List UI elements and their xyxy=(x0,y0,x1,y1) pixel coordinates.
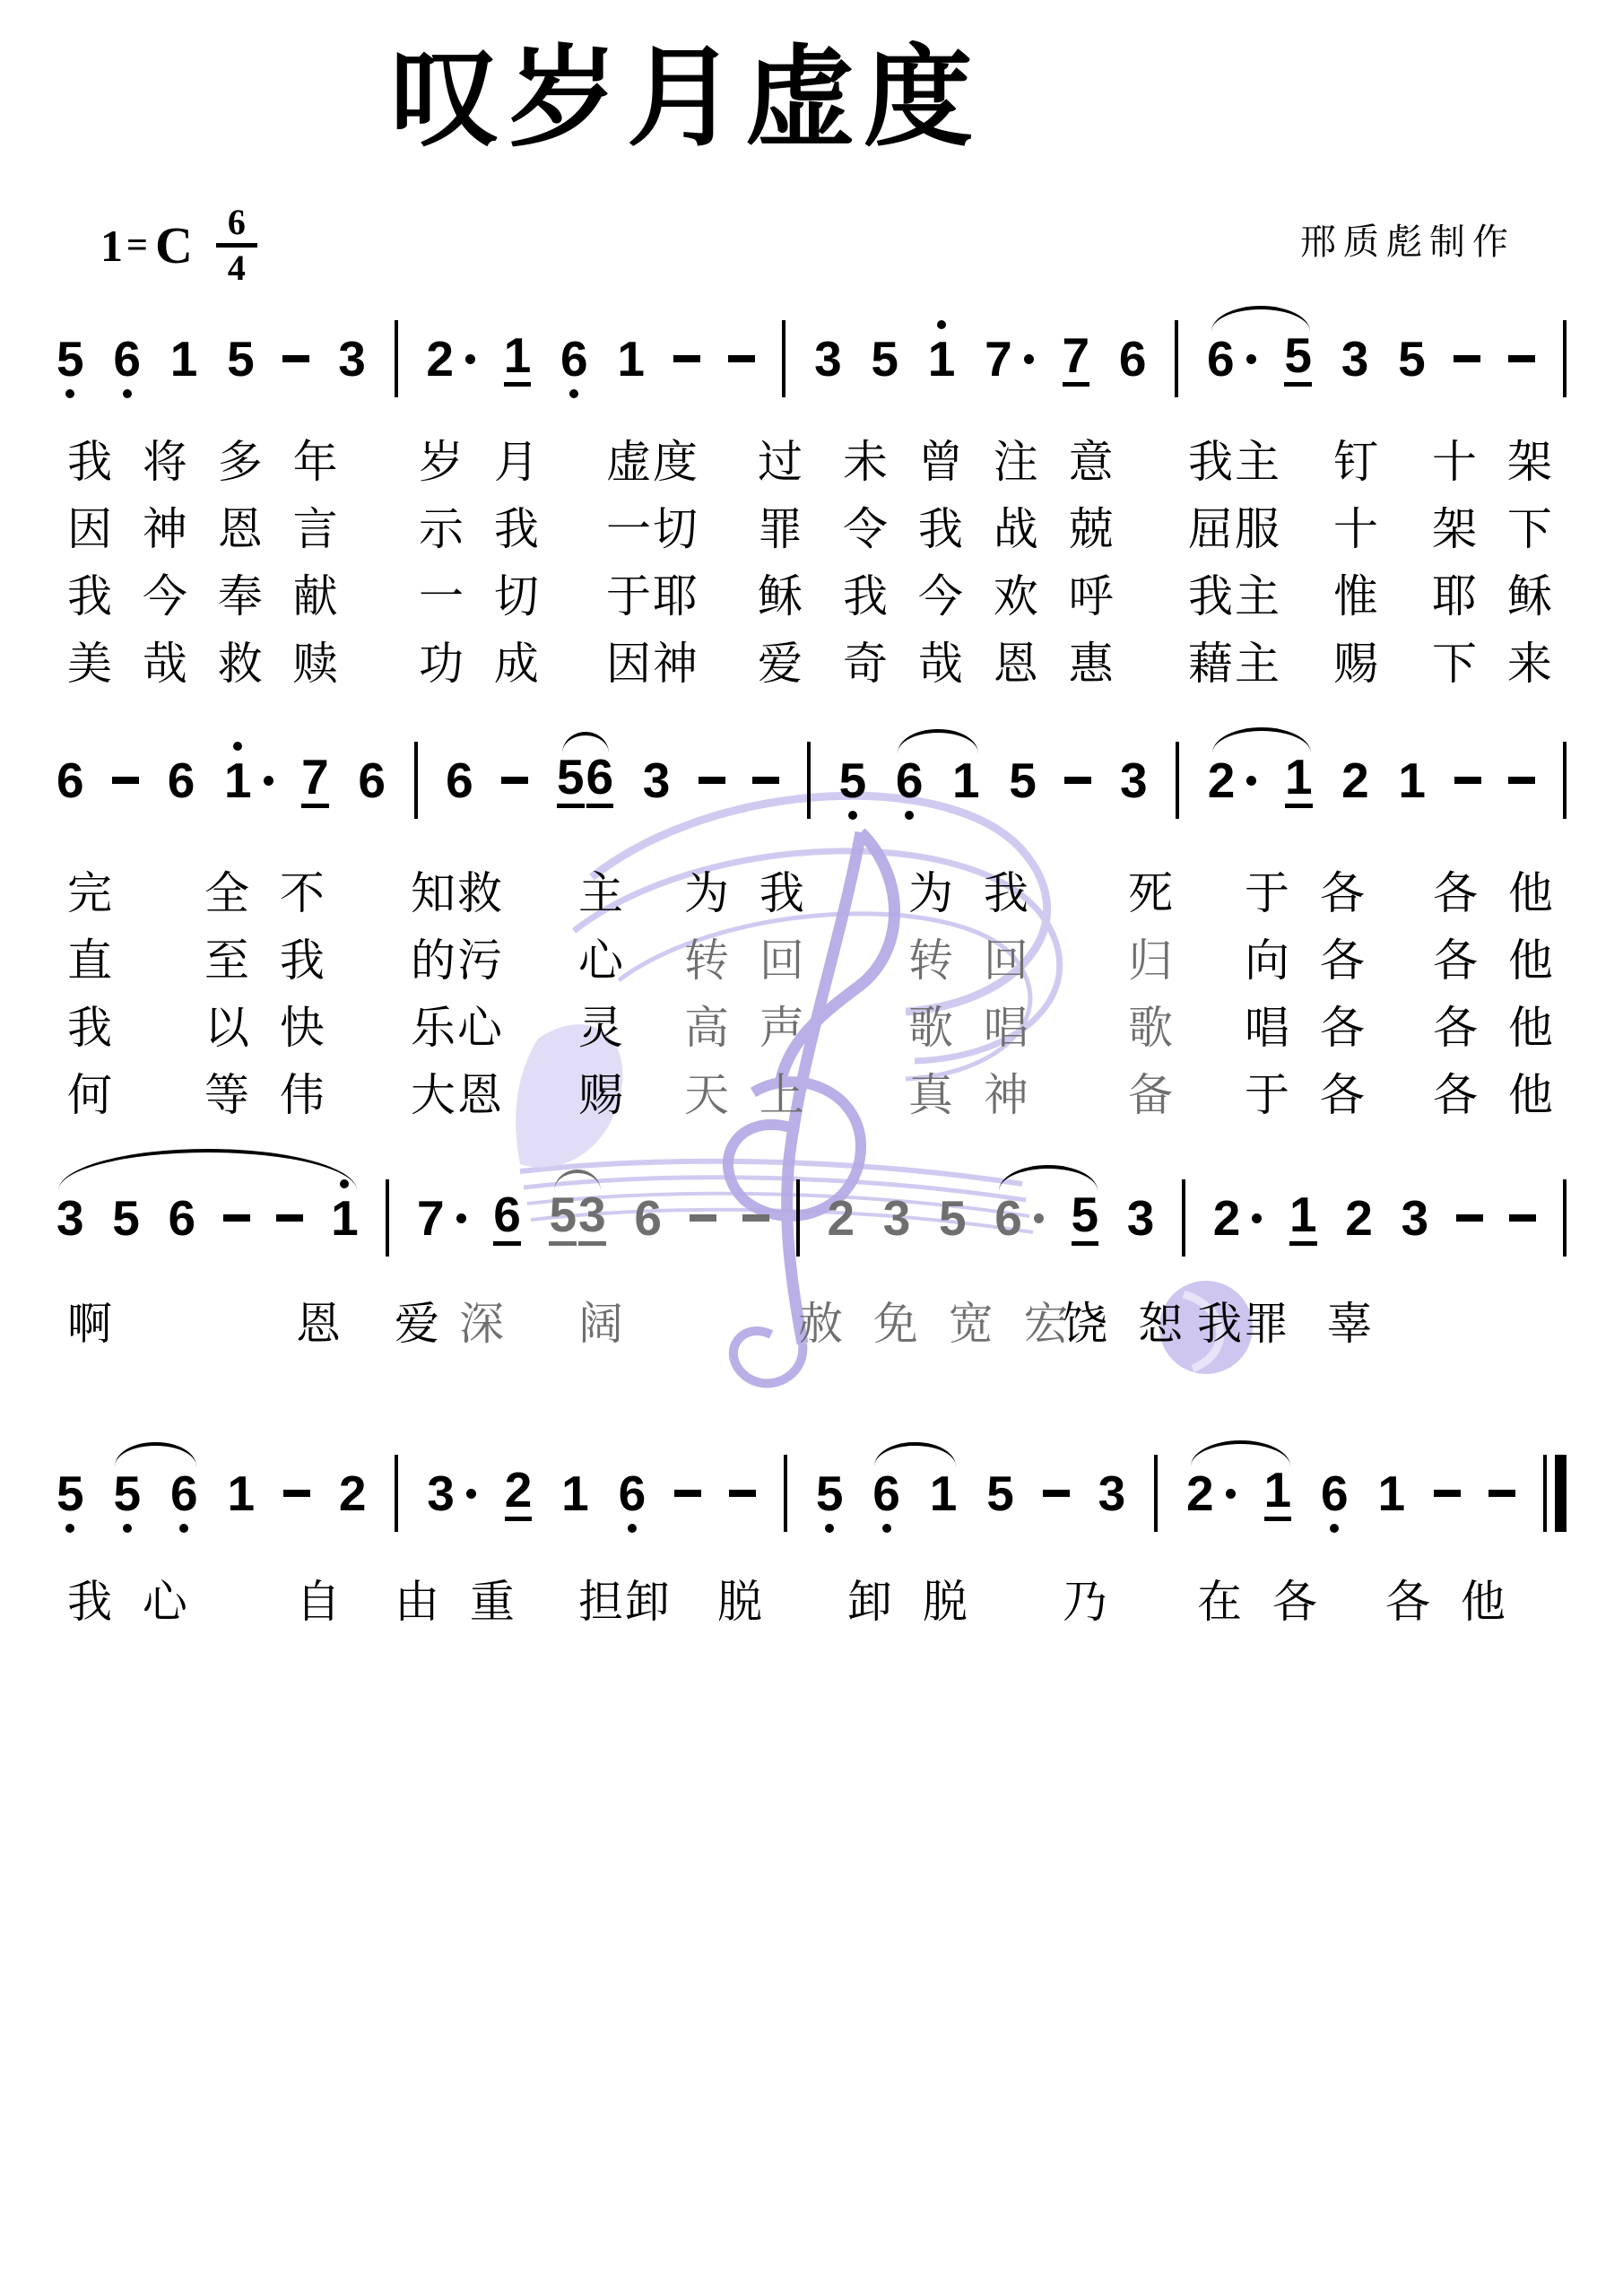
dash-note xyxy=(1064,737,1091,823)
augmentation-dot xyxy=(456,1213,466,1223)
dash-glyph xyxy=(282,355,309,362)
lyric-segment: 饶 恕 xyxy=(1063,1299,1185,1351)
lyric-segment: 深 xyxy=(459,1299,506,1351)
note-digit-wrap: 1 xyxy=(331,1194,359,1243)
note-digit-wrap: 6 xyxy=(170,1469,198,1518)
time-denominator: 4 xyxy=(228,250,246,286)
dash-note xyxy=(1488,1450,1515,1536)
note-digit: 6 xyxy=(1207,335,1235,384)
lyric-segment: 我 xyxy=(67,1003,114,1055)
lyric-segment: 于耶 xyxy=(606,571,699,623)
note-6: 6 xyxy=(560,316,589,402)
augmentation-dot xyxy=(1024,354,1034,364)
music-line-1: 5615321613517766535 xyxy=(56,316,1567,402)
music-line-2: 661766563561532121 xyxy=(56,737,1567,823)
dash-note xyxy=(742,1175,769,1261)
note-digit: 2 xyxy=(1208,756,1236,805)
note-digit: 6 xyxy=(896,756,924,805)
dash-glyph xyxy=(1508,355,1535,362)
note-digit-wrap: 5 xyxy=(1398,335,1426,384)
note-digit: 7 xyxy=(417,1194,445,1243)
dash-note xyxy=(1454,737,1481,823)
note-digit-wrap: 5 xyxy=(56,1469,84,1518)
note-digit-wrap: 2 xyxy=(1208,756,1236,805)
dash-note xyxy=(752,737,779,823)
note-digit-wrap: 1 xyxy=(1289,1190,1317,1246)
note-6: 6 xyxy=(112,316,142,402)
note-2: 2 xyxy=(1344,1175,1374,1261)
lyric-segment: 等 伟 xyxy=(204,1070,326,1122)
dash-glyph xyxy=(729,1490,756,1497)
note-1: 1 xyxy=(503,316,533,402)
note-3: 3 xyxy=(642,737,672,823)
dash-glyph xyxy=(752,777,779,784)
note-digit-wrap: 7 xyxy=(1063,331,1090,387)
lyric-segment: 我 今 奉 献 xyxy=(67,571,340,623)
note-digit: 5 xyxy=(839,756,867,805)
note-digit: 3 xyxy=(578,1190,606,1246)
lyric-segment: 功 成 xyxy=(419,639,541,691)
dash-glyph xyxy=(276,1214,303,1222)
lyric-segment: 啊 xyxy=(67,1299,114,1351)
note-digit-wrap: 6 xyxy=(169,1194,196,1243)
lyric-segment: 我罪 xyxy=(1197,1299,1290,1351)
barline xyxy=(395,320,398,397)
dash-glyph xyxy=(742,1214,769,1222)
note-digit-wrap: 2 xyxy=(426,335,454,384)
note-digit: 6 xyxy=(560,335,588,384)
lyric-segment: 大恩 xyxy=(411,1070,504,1122)
lyric-segment: 未 曾 注 意 xyxy=(843,437,1115,489)
dash-note xyxy=(1434,1450,1461,1536)
lyric-segment: 转 回 xyxy=(684,935,806,987)
note-digit-wrap: 6 xyxy=(560,335,588,384)
lyric-segment: 天 上 xyxy=(684,1070,806,1122)
note-digit-wrap: 5 xyxy=(1284,331,1312,387)
note-digit: 1 xyxy=(227,1469,255,1518)
lyric-row-5: 完全 不知救主为 我为 我死于 各各 他 xyxy=(0,868,1623,922)
lyric-segment: 全 不 xyxy=(204,868,326,920)
time-numerator: 6 xyxy=(228,204,246,240)
note-digit: 6 xyxy=(1119,335,1147,384)
note-digit: 1 xyxy=(1289,1190,1317,1246)
note-digit-wrap: 1 xyxy=(1398,756,1426,805)
low-octave-dot xyxy=(179,1524,188,1533)
lyric-segment: 完 xyxy=(67,868,114,920)
dash-note xyxy=(112,737,139,823)
lyric-segment: 乃 xyxy=(1063,1577,1109,1629)
augmentation-dot xyxy=(1246,776,1256,786)
note-digit: 1 xyxy=(928,335,956,384)
augmentation-dot xyxy=(465,354,475,364)
barline xyxy=(414,742,418,819)
lyric-segment: 乐心 xyxy=(411,1003,504,1055)
lyric-segment: 十 架 xyxy=(1432,437,1554,489)
lyric-segment: 何 xyxy=(67,1070,114,1122)
key-tonic: 1 xyxy=(100,220,123,272)
note-3: 3 xyxy=(426,1450,476,1536)
note-digit-wrap: 2 xyxy=(505,1465,533,1521)
note-3: 3 xyxy=(1126,1175,1156,1261)
note-digit: 5 xyxy=(1072,1190,1099,1246)
low-octave-dot xyxy=(905,811,914,820)
note-digit-wrap: 2 xyxy=(1345,1194,1373,1243)
lyric-segment: 虚度 xyxy=(606,437,699,489)
dash-note xyxy=(283,1450,310,1536)
slur xyxy=(874,1442,955,1466)
lyric-segment: 以 快 xyxy=(204,1003,326,1055)
lyric-row-9: 啊恩爱深阔赦 免 宽 宏饶 恕我罪辜 xyxy=(0,1299,1623,1352)
note-2: 2 xyxy=(1341,737,1370,823)
barline xyxy=(395,1455,398,1532)
lyric-segment: 奇 哉 恩 惠 xyxy=(843,639,1115,691)
barline xyxy=(796,1179,800,1257)
lyric-segment: 爱 xyxy=(758,639,804,691)
lyric-segment: 架 下 xyxy=(1432,504,1554,556)
lyric-row-3: 我 今 奉 献一 切于耶稣我 今 欢 呼我主惟耶 稣 xyxy=(0,571,1623,625)
note-digit: 5 xyxy=(549,1190,577,1246)
note-6: 6 xyxy=(167,737,196,823)
lyric-row-1: 我 将 多 年岁 月虚度过未 曾 注 意我主钉十 架 xyxy=(0,437,1623,491)
note-digit-wrap: 5 xyxy=(227,335,255,384)
note-digit: 6 xyxy=(56,756,84,805)
note-digit: 2 xyxy=(1341,756,1369,805)
dash-glyph xyxy=(1454,777,1481,784)
lyric-segment: 过 xyxy=(758,437,804,489)
lyric-row-7: 我以 快乐心灵高 声歌 唱歌唱 各各 他 xyxy=(0,1003,1623,1057)
note-digit: 1 xyxy=(561,1469,589,1518)
song-title: 叹岁月虚度 xyxy=(0,39,1372,160)
note-3: 3 xyxy=(1098,1450,1127,1536)
note-digit-wrap: 1 xyxy=(928,335,956,384)
note-1: 1 xyxy=(616,316,646,402)
dash-note xyxy=(1508,737,1535,823)
note-digit-wrap: 5 xyxy=(839,756,867,805)
note-digit-wrap: 3 xyxy=(1341,335,1369,384)
dash-glyph xyxy=(1434,1490,1461,1497)
barline xyxy=(1182,1179,1185,1257)
note-digit: 5 xyxy=(112,1194,140,1243)
barline xyxy=(784,1455,787,1532)
note-digit-wrap: 3 xyxy=(578,1190,606,1246)
note-digit-wrap: 5 xyxy=(939,1194,967,1243)
augmentation-dot xyxy=(1034,1213,1044,1223)
lyric-segment: 因神 xyxy=(606,639,699,691)
note-3: 3 xyxy=(1341,316,1370,402)
low-octave-dot xyxy=(1330,1524,1339,1533)
note-1: 1 xyxy=(560,1450,590,1536)
dash-glyph xyxy=(1456,1214,1483,1222)
lyric-segment: 各 他 xyxy=(1433,1070,1555,1122)
dash-glyph xyxy=(1509,1214,1536,1222)
lyric-segment: 向 各 xyxy=(1245,935,1367,987)
barline xyxy=(1176,742,1179,819)
note-digit: 6 xyxy=(872,1469,900,1518)
lyric-segment: 因 神 恩 言 xyxy=(67,504,340,556)
note-digit-wrap: 6 xyxy=(358,756,386,805)
final-bar-thick xyxy=(1555,1455,1567,1532)
note-digit: 6 xyxy=(170,1469,198,1518)
note-digit-wrap: 1 xyxy=(1264,1465,1292,1521)
note-digit: 3 xyxy=(338,335,366,384)
note-1: 1 xyxy=(1289,1175,1318,1261)
note-6: 6 xyxy=(445,737,474,823)
note-digit: 3 xyxy=(56,1194,84,1243)
lyric-segment: 阔 xyxy=(578,1299,625,1351)
note-digit-wrap: 5 xyxy=(112,1194,140,1243)
note-3: 3 xyxy=(813,316,843,402)
note-1: 1 xyxy=(1397,737,1427,823)
note-digit-wrap: 2 xyxy=(1341,756,1369,805)
dash-glyph xyxy=(1043,1490,1070,1497)
lyric-row-10: 我 心自由 重担卸脱卸 脱乃在 各各 他 xyxy=(0,1577,1623,1631)
lyric-segment: 恩 xyxy=(296,1299,343,1351)
dash-note xyxy=(1508,316,1535,402)
note-digit-wrap: 6 xyxy=(1119,335,1147,384)
note-6: 6 xyxy=(56,737,85,823)
note-digit-wrap: 6 xyxy=(994,1194,1022,1243)
note-digit: 6 xyxy=(168,756,195,805)
lyric-segment: 知救 xyxy=(411,868,504,920)
lyric-segment: 由 重 xyxy=(395,1577,516,1629)
note-digit: 6 xyxy=(113,335,141,384)
low-octave-dot xyxy=(569,389,578,398)
lyric-segment: 罪 xyxy=(758,504,804,556)
lyric-row-4: 美 哉 救 赎功 成因神爱奇 哉 恩 惠藉主赐下 来 xyxy=(0,639,1623,692)
dash-note xyxy=(1043,1450,1070,1536)
note-1: 1 xyxy=(226,1450,256,1536)
note-digit: 3 xyxy=(1127,1194,1155,1243)
dash-note xyxy=(690,1175,716,1261)
high-octave-dot xyxy=(937,320,946,329)
note-digit-wrap: 2 xyxy=(828,1194,855,1243)
lyric-segment: 为 我 xyxy=(908,868,1030,920)
lyric-segment: 令 我 战 兢 xyxy=(843,504,1115,556)
lyric-segment: 高 声 xyxy=(684,1003,806,1055)
augmentation-dot xyxy=(1246,354,1256,364)
note-digit: 2 xyxy=(1213,1194,1241,1243)
note-digit: 5 xyxy=(1009,756,1037,805)
note-digit: 6 xyxy=(994,1194,1022,1243)
note-digit-wrap: 3 xyxy=(338,335,366,384)
slur xyxy=(898,729,977,753)
note-digit: 2 xyxy=(339,1469,367,1518)
sheet-music-page: 叹岁月虚度 1 = C 6 4 邢质彪制作 561532161351776653… xyxy=(0,0,1623,2296)
lyric-segment: 我 今 欢 呼 xyxy=(843,571,1115,623)
dash-glyph xyxy=(690,1214,716,1222)
note-digit-wrap: 5 xyxy=(816,1469,844,1518)
barline xyxy=(807,742,811,819)
note-digit: 3 xyxy=(1098,1469,1126,1518)
lyric-segment: 歌 唱 xyxy=(908,1003,1030,1055)
note-digit: 2 xyxy=(1186,1469,1214,1518)
note-digit-wrap: 5 xyxy=(1009,756,1037,805)
note-digit-wrap: 5 xyxy=(1072,1190,1099,1246)
dash-glyph xyxy=(1454,355,1480,362)
augmentation-dot xyxy=(466,1489,476,1499)
dash-glyph xyxy=(223,1214,250,1222)
note-digit-wrap: 6 xyxy=(634,1194,662,1243)
barline xyxy=(782,320,785,397)
lyric-segment: 歌 xyxy=(1128,1003,1175,1055)
note-digit: 5 xyxy=(939,1194,967,1243)
note-digit: 6 xyxy=(169,1194,196,1243)
note-digit-wrap: 5 xyxy=(549,1190,577,1246)
note-digit: 2 xyxy=(426,335,454,384)
note-2: 2 xyxy=(827,1175,856,1261)
note-digit: 1 xyxy=(617,335,645,384)
dash-glyph xyxy=(1508,777,1535,784)
note-digit: 6 xyxy=(619,1469,647,1518)
lyric-segment: 自 xyxy=(296,1577,343,1629)
lyric-segment: 钉 xyxy=(1333,437,1380,489)
note-7: 7 xyxy=(300,737,330,823)
note-digit-wrap: 2 xyxy=(339,1469,367,1518)
slur xyxy=(1191,1440,1290,1466)
note-digit-wrap: 3 xyxy=(1401,1194,1428,1243)
lyric-segment: 辜 xyxy=(1327,1299,1374,1351)
note-digit: 5 xyxy=(227,335,255,384)
high-octave-dot xyxy=(233,742,242,751)
lyric-segment: 灵 xyxy=(578,1003,625,1055)
slur xyxy=(58,1149,356,1191)
note-digit-wrap: 6 xyxy=(872,1469,900,1518)
lyric-segment: 爱 xyxy=(395,1299,441,1351)
note-5: 5 xyxy=(815,1450,845,1536)
note-digit: 5 xyxy=(113,1469,141,1518)
note-7: 7 xyxy=(984,316,1034,402)
note-digit-wrap: 1 xyxy=(930,1469,958,1518)
low-octave-dot xyxy=(825,1524,834,1533)
note-digit: 3 xyxy=(1341,335,1369,384)
low-octave-dot xyxy=(628,1524,637,1533)
slur xyxy=(1211,306,1310,332)
note-digit: 1 xyxy=(224,756,252,805)
lyric-segment: 唱 各 xyxy=(1245,1003,1367,1055)
note-digit-wrap: 1 xyxy=(952,756,980,805)
note-3: 3 xyxy=(1400,1175,1429,1261)
lyric-segment: 稣 xyxy=(758,571,804,623)
author-credit: 邢质彪制作 xyxy=(1300,213,1515,265)
dash-note xyxy=(729,1450,756,1536)
note-7: 7 xyxy=(1062,316,1091,402)
note-digit-wrap: 6 xyxy=(1207,335,1235,384)
note-1: 1 xyxy=(169,316,199,402)
note-digit-wrap: 3 xyxy=(883,1194,911,1243)
note-3: 3 xyxy=(337,316,367,402)
lyric-segment: 各 他 xyxy=(1433,1003,1555,1055)
note-digit: 5 xyxy=(986,1469,1014,1518)
note-digit-wrap: 1 xyxy=(1285,752,1313,808)
lyric-segment: 于 各 xyxy=(1245,1070,1367,1122)
lyric-segment: 于 各 xyxy=(1245,868,1367,920)
lyric-segment: 各 他 xyxy=(1385,1577,1507,1629)
note-digit-wrap: 6 xyxy=(1321,1469,1349,1518)
note-digit-wrap: 1 xyxy=(504,331,532,387)
dash-note xyxy=(1509,1175,1536,1261)
lyric-segment: 示 我 xyxy=(419,504,541,556)
lyric-segment: 赦 免 宽 宏 xyxy=(798,1299,1071,1351)
note-digit: 5 xyxy=(56,1469,84,1518)
dash-note xyxy=(674,1450,701,1536)
dash-glyph xyxy=(501,777,528,784)
note-digit: 3 xyxy=(643,756,671,805)
lyric-segment: 美 哉 救 赎 xyxy=(67,639,340,691)
note-digit-wrap: 5 xyxy=(871,335,898,384)
note-digit: 1 xyxy=(1264,1465,1292,1521)
music-line-3: 3561765362356532123 xyxy=(56,1175,1567,1261)
note-digit: 1 xyxy=(331,1194,359,1243)
note-digit-wrap: 6 xyxy=(113,335,141,384)
note-digit-wrap: 3 xyxy=(1120,756,1148,805)
lyric-segment: 在 各 xyxy=(1197,1577,1319,1629)
lyric-segment: 耶 稣 xyxy=(1432,571,1554,623)
note-2: 2 xyxy=(504,1450,534,1536)
lyric-row-2: 因 神 恩 言示 我一切罪令 我 战 兢屈服十架 下 xyxy=(0,504,1623,558)
note-digit-wrap: 6 xyxy=(56,756,84,805)
lyric-segment: 转 回 xyxy=(908,935,1030,987)
lyric-segment: 死 xyxy=(1128,868,1175,920)
barline xyxy=(1563,320,1567,397)
note-1: 1 xyxy=(223,737,273,823)
note-digit-wrap: 1 xyxy=(1377,1469,1405,1518)
note-digit-wrap: 1 xyxy=(561,1469,589,1518)
dash-glyph xyxy=(699,777,725,784)
note-2: 2 xyxy=(1212,1175,1263,1261)
barline xyxy=(1175,320,1178,397)
note-1: 1 xyxy=(927,316,957,402)
lyric-segment: 的污 xyxy=(411,935,504,987)
key-equals: = xyxy=(126,224,148,267)
note-digit-wrap: 6 xyxy=(168,756,195,805)
lyric-segment: 我 心 xyxy=(67,1577,189,1629)
dash-glyph xyxy=(1064,777,1091,784)
note-digit: 3 xyxy=(814,335,842,384)
note-6: 6 xyxy=(1118,316,1148,402)
low-octave-dot xyxy=(882,1524,891,1533)
note-digit: 6 xyxy=(446,756,473,805)
note-digit: 1 xyxy=(170,335,198,384)
lyric-segment: 至 我 xyxy=(204,935,326,987)
note-digit: 1 xyxy=(952,756,980,805)
dash-note xyxy=(728,316,755,402)
dash-note xyxy=(1454,316,1480,402)
lyric-segment: 直 xyxy=(67,935,114,987)
note-digit: 2 xyxy=(828,1194,855,1243)
lyric-segment: 主 xyxy=(578,868,625,920)
note-digit-wrap: 7 xyxy=(417,1194,445,1243)
note-digit: 1 xyxy=(1398,756,1426,805)
low-octave-dot xyxy=(123,389,132,398)
note-5: 5 xyxy=(1397,316,1427,402)
note-digit-wrap: 3 xyxy=(1127,1194,1155,1243)
note-digit-wrap: 1 xyxy=(224,756,252,805)
note-2: 2 xyxy=(338,1450,368,1536)
lyric-segment: 我 将 多 年 xyxy=(67,437,340,489)
note-digit-wrap: 7 xyxy=(301,752,329,808)
time-signature: 6 4 xyxy=(216,204,257,286)
low-octave-dot xyxy=(65,1524,74,1533)
note-digit-wrap: 5 xyxy=(113,1469,141,1518)
note-5: 5 xyxy=(838,737,868,823)
lyric-segment: 担卸 xyxy=(578,1577,672,1629)
barline xyxy=(1563,1179,1567,1257)
note-digit: 5 xyxy=(1398,335,1426,384)
note-digit-wrap: 3 xyxy=(643,756,671,805)
lyric-segment: 赐 xyxy=(578,1070,625,1122)
lyric-segment: 我主 xyxy=(1188,437,1281,489)
low-octave-dot xyxy=(65,389,74,398)
